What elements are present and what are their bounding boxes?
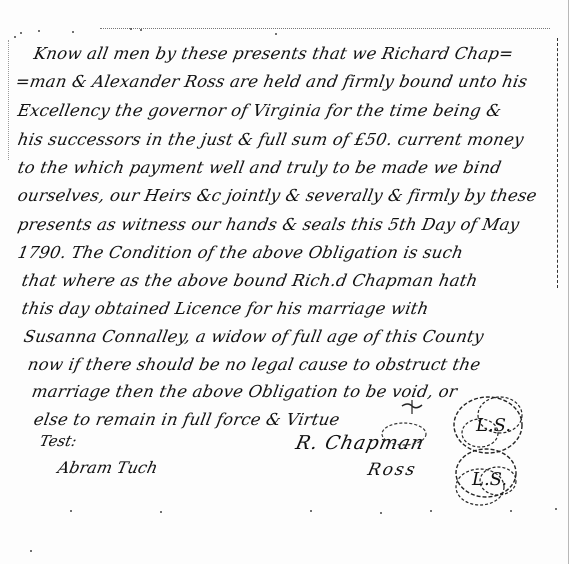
bond-text-line: else to remain in full force & Virtue: [32, 410, 341, 429]
scan-speck: [70, 510, 72, 512]
signature-scroll: [378, 420, 430, 454]
bond-text-line: ourselves, our Heirs &c jointly & severa…: [16, 186, 538, 205]
scan-speck: [430, 510, 432, 512]
scan-speck: [14, 36, 16, 38]
bond-text-line: Excellency the governor of Virginia for …: [16, 101, 503, 120]
svg-text:L.S.: L.S.: [475, 415, 511, 436]
scan-speck: [20, 32, 22, 34]
bond-text-line: marriage then the above Obligation to be…: [30, 382, 458, 401]
scan-speck: [30, 550, 32, 552]
scan-speck: [310, 510, 312, 512]
bond-text-line: to the which payment well and truly to b…: [16, 158, 503, 177]
scan-speck: [72, 31, 74, 33]
seal-icon: L.S.: [450, 445, 530, 511]
bond-text-line: Know all men by these presents that we R…: [32, 44, 515, 63]
bond-text-line: his successors in the just & full sum of…: [16, 130, 525, 149]
document-border-right: [557, 38, 558, 288]
scan-speck: [160, 511, 162, 513]
bond-text-line: this day obtained Licence for his marria…: [20, 299, 430, 318]
witness-label: Test:: [38, 432, 78, 450]
scan-speck: [130, 28, 132, 30]
signature-ross: Ross: [366, 460, 419, 480]
scan-margin: [569, 0, 576, 564]
scan-speck: [140, 29, 142, 31]
scan-speck: [38, 30, 40, 32]
scan-speck: [380, 512, 382, 514]
scan-speck: [555, 508, 557, 510]
flourish-mark: [400, 398, 424, 420]
bond-text-line: =man & Alexander Ross are held and firml…: [14, 72, 529, 91]
scan-speck: [275, 33, 277, 35]
witness-signature: Abram Tuch: [56, 458, 160, 477]
bond-text-line: presents as witness our hands & seals th…: [16, 215, 521, 234]
bond-text-line: that where as the above bound Rich.d Cha…: [20, 271, 479, 290]
scanned-document-page: Know all men by these presents that we R…: [0, 0, 568, 564]
svg-text:L.S.: L.S.: [471, 469, 507, 490]
bond-text-line: now if there should be no legal cause to…: [26, 355, 482, 374]
document-border-top: [100, 28, 550, 29]
bond-text-line: Susanna Connalley, a widow of full age o…: [22, 327, 485, 346]
bond-text-line: 1790. The Condition of the above Obligat…: [16, 243, 464, 262]
document-border-left: [8, 40, 9, 160]
